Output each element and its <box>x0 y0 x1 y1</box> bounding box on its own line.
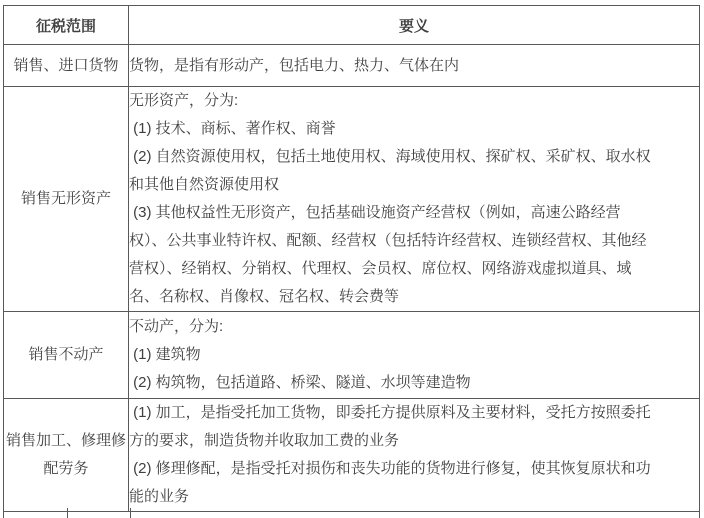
detail-line: 方的要求，制造货物并收取加工费的业务 <box>129 427 699 455</box>
table-row: 销售不动产 不动产，分为: (1) 建筑物 (2) 构筑物，包括道路、桥梁、隧道… <box>4 312 700 399</box>
detail-line: 货物，是指有形动产，包括电力、热力、气体在内 <box>129 52 699 80</box>
table-row: 销售无形资产 无形资产，分为: (1) 技术、商标、著作权、商誉 (2) 自然资… <box>4 87 700 312</box>
detail-line: 权）、公共事业特许权、配额、经营权（包括特许经营权、连锁经营权、其他经 <box>129 227 699 255</box>
cell-divider <box>130 508 131 518</box>
cell-divider <box>67 508 68 518</box>
header-scope: 征税范围 <box>4 6 129 45</box>
table-row: 销售、进口货物 货物，是指有形动产，包括电力、热力、气体在内 <box>4 45 700 87</box>
detail-cell: 无形资产，分为: (1) 技术、商标、著作权、商誉 (2) 自然资源使用权，包括… <box>129 87 700 312</box>
table-row: 销售加工、修理修配劳务 (1) 加工，是指受托加工货物，即委托方提供原料及主要材… <box>4 399 700 512</box>
detail-line: (2) 自然资源使用权，包括土地使用权、海域使用权、探矿权、采矿权、取水权 <box>129 143 699 171</box>
detail-line: (2) 构筑物，包括道路、桥梁、隧道、水坝等建造物 <box>129 369 699 397</box>
detail-line: 无形资产，分为: <box>129 87 699 115</box>
detail-line: (2) 修理修配，是指受托对损伤和丧失功能的货物进行修复，使其恢复原状和功 <box>129 455 699 483</box>
detail-cell: 货物，是指有形动产，包括电力、热力、气体在内 <box>129 45 700 87</box>
scope-cell: 销售加工、修理修配劳务 <box>4 399 129 512</box>
tax-scope-table: 征税范围 要义 销售、进口货物 货物，是指有形动产，包括电力、热力、气体在内 销… <box>3 5 700 512</box>
page: 征税范围 要义 销售、进口货物 货物，是指有形动产，包括电力、热力、气体在内 销… <box>0 0 704 518</box>
detail-cell: 不动产，分为: (1) 建筑物 (2) 构筑物，包括道路、桥梁、隧道、水坝等建造… <box>129 312 700 399</box>
header-row: 征税范围 要义 <box>4 6 700 45</box>
detail-cell: (1) 加工，是指受托加工货物，即委托方提供原料及主要材料，受托方按照委托 方的… <box>129 399 700 512</box>
detail-line: 和其他自然资源使用权 <box>129 171 699 199</box>
detail-line: (3) 其他权益性无形资产，包括基础设施资产经营权（例如，高速公路经营 <box>129 199 699 227</box>
header-essentials: 要义 <box>129 6 700 45</box>
detail-line: (1) 技术、商标、著作权、商誉 <box>129 115 699 143</box>
detail-line: (1) 加工，是指受托加工货物，即委托方提供原料及主要材料，受托方按照委托 <box>129 399 699 427</box>
detail-line: 不动产，分为: <box>129 313 699 341</box>
detail-line: 名、名称权、肖像权、冠名权、转会费等 <box>129 283 699 311</box>
partial-next-row <box>3 508 700 518</box>
scope-cell: 销售无形资产 <box>4 87 129 312</box>
scope-cell: 销售、进口货物 <box>4 45 129 87</box>
detail-line: 营权）、经销权、分销权、代理权、会员权、席位权、网络游戏虚拟道具、域 <box>129 255 699 283</box>
scope-cell: 销售不动产 <box>4 312 129 399</box>
detail-line: (1) 建筑物 <box>129 341 699 369</box>
detail-line: 能的业务 <box>129 483 699 511</box>
